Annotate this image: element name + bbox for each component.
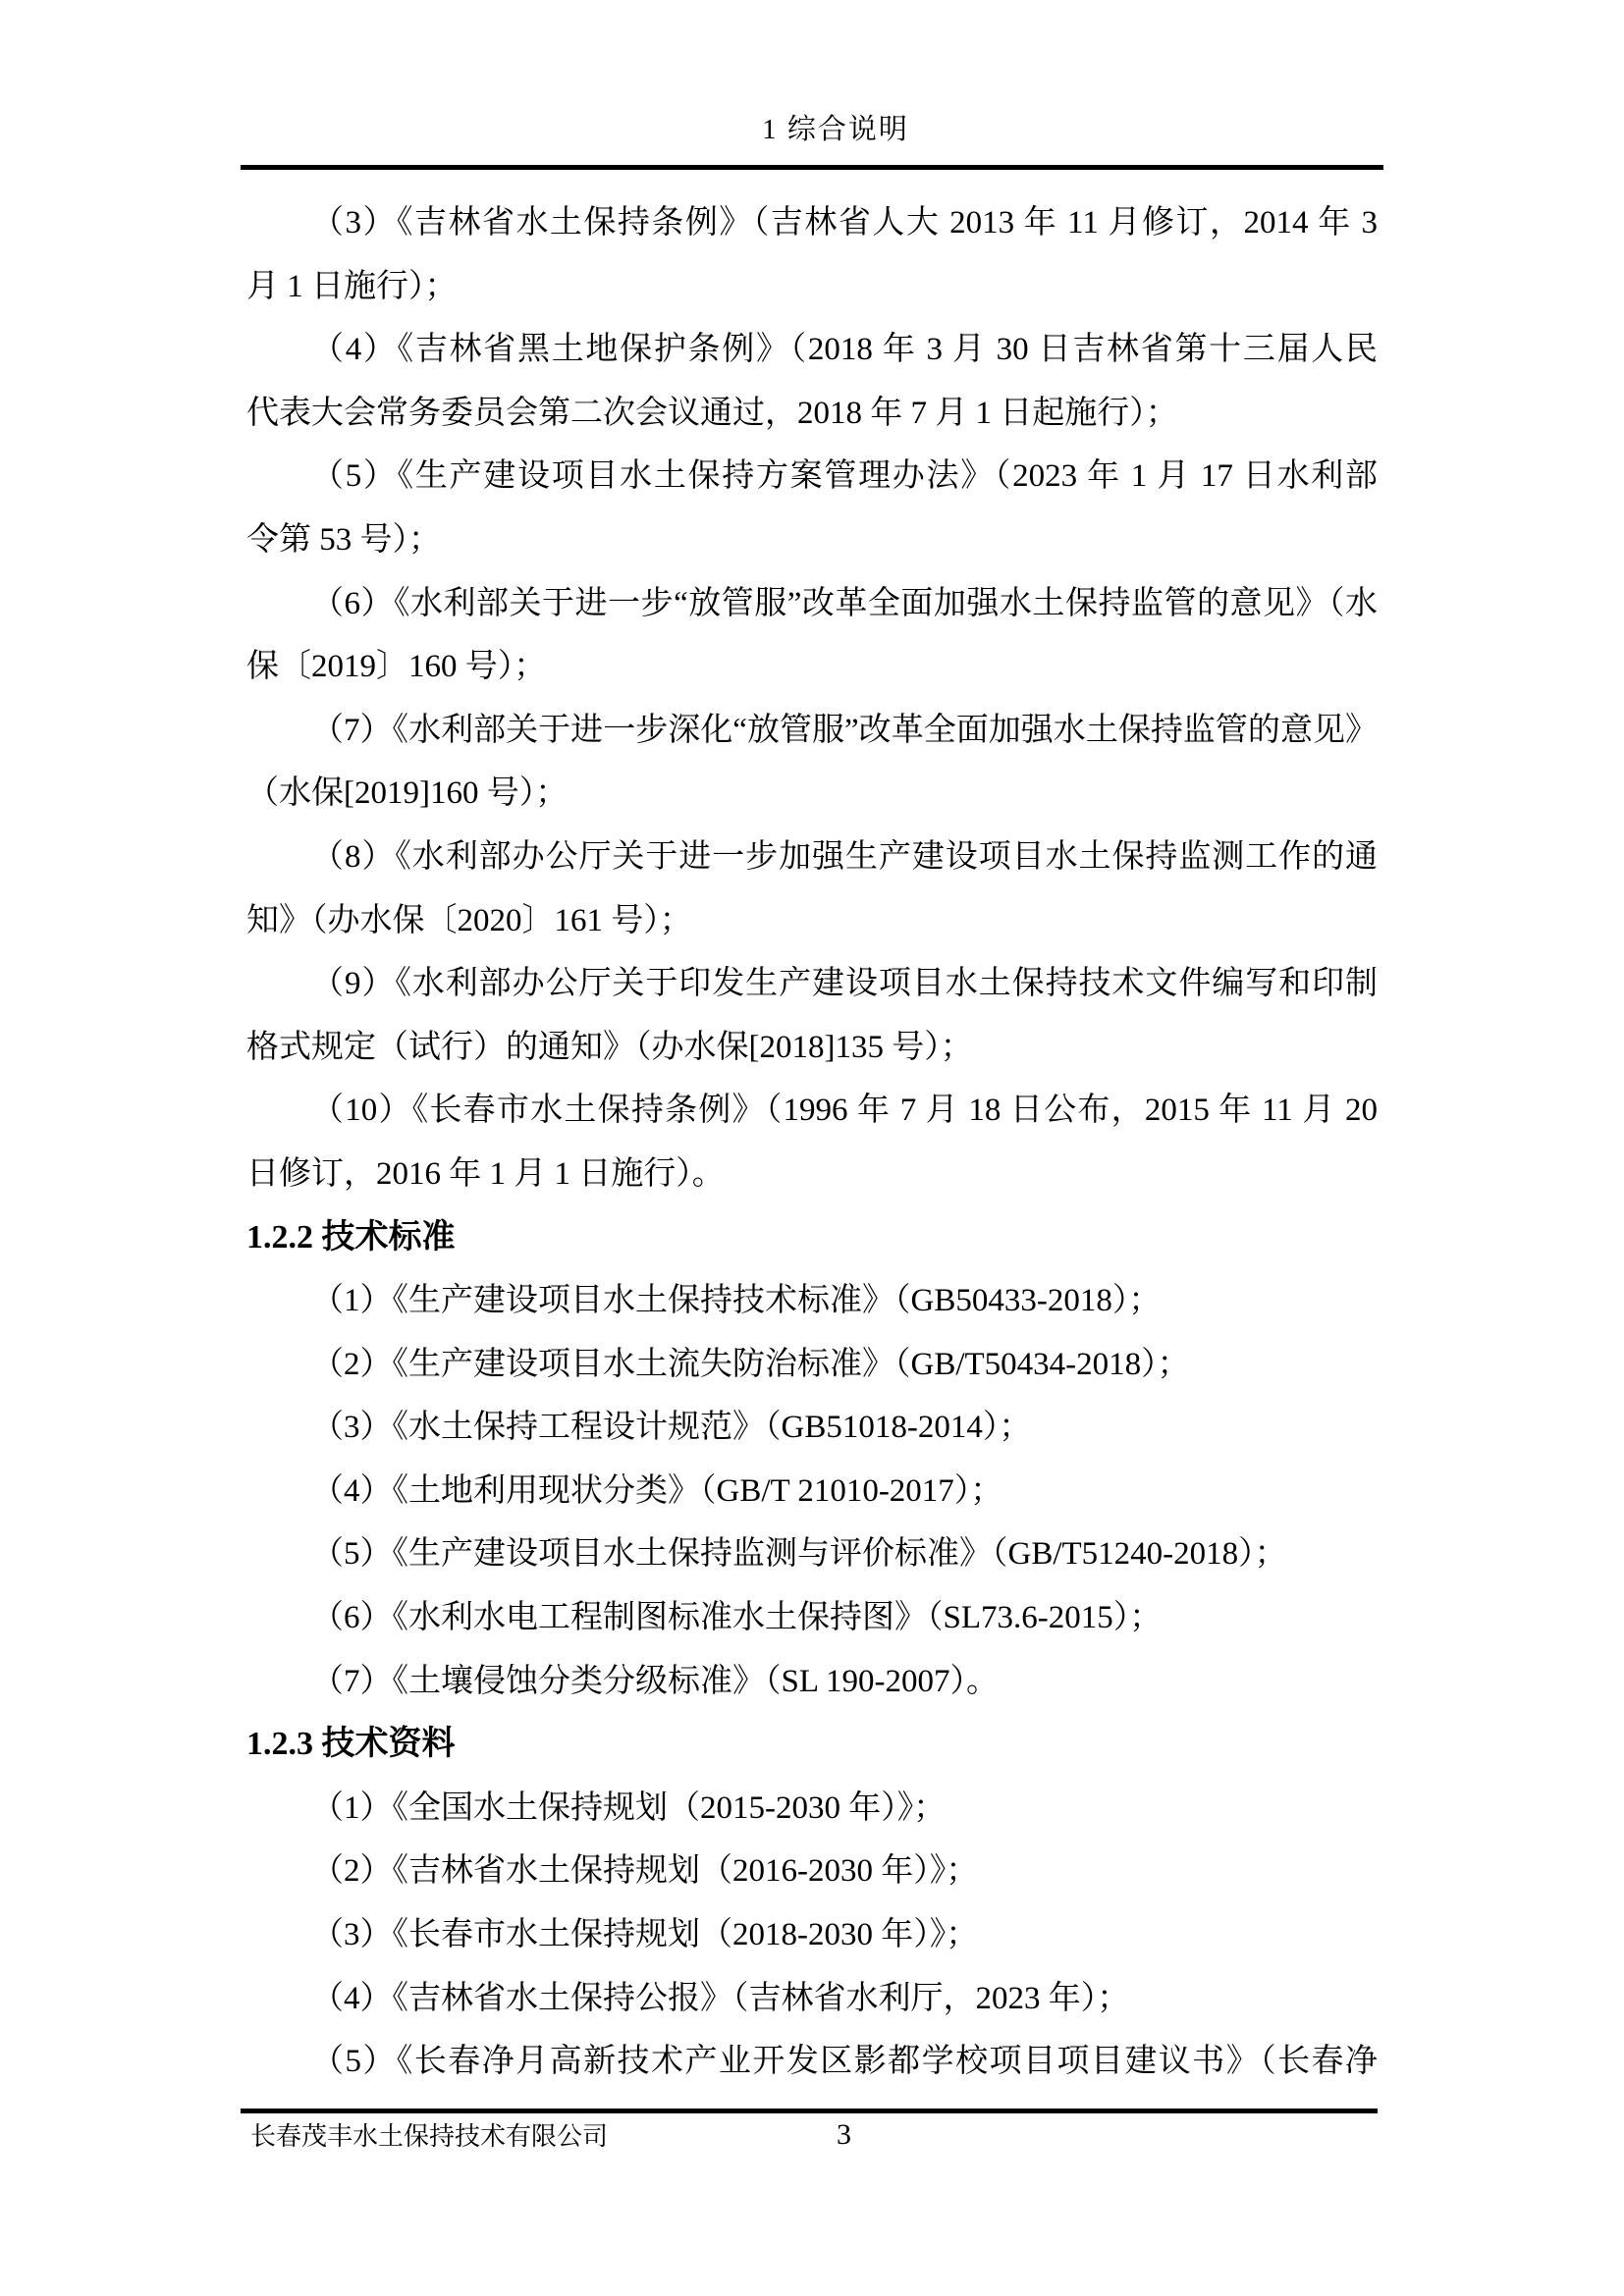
header-rule (241, 165, 1383, 170)
text-line: 知》（办水保〔2020〕161 号）； (246, 889, 1378, 953)
text-line: （8）《水利部办公厅关于进一步加强生产建设项目水土保持监测工作的通 (246, 826, 1378, 889)
text-line: （4）《土地利用现状分类》（GB/T 21010-2017）； (246, 1460, 1378, 1523)
text-line: （5）《长春净月高新技术产业开发区影都学校项目项目建议书》（长春净 (246, 2030, 1378, 2094)
text-line: （10）《长春市水土保持条例》（1996 年 7 月 18 日公布，2015 年… (246, 1079, 1378, 1143)
section-heading: 1.2.3 技术资料 (246, 1713, 1378, 1777)
page-header-title: 1 综合说明 (762, 110, 909, 149)
text-line: （6）《水利部关于进一步“放管服”改革全面加强水土保持监管的意见》（水 (246, 572, 1378, 636)
text-line: （1）《生产建设项目水土保持技术标准》（GB50433-2018）； (246, 1269, 1378, 1333)
text-line: （9）《水利部办公厅关于印发生产建设项目水土保持技术文件编写和印制 (246, 952, 1378, 1016)
text-line: （3）《长春市水土保持规划（2018-2030 年）》； (246, 1903, 1378, 1967)
text-line: （5）《生产建设项目水土保持监测与评价标准》（GB/T51240-2018）； (246, 1522, 1378, 1586)
page-number: 3 (837, 2116, 851, 2154)
text-line: （2）《生产建设项目水土流失防治标准》（GB/T50434-2018）； (246, 1333, 1378, 1397)
text-line: 保〔2019〕160 号）； (246, 635, 1378, 699)
text-line: （4）《吉林省黑土地保护条例》（2018 年 3 月 30 日吉林省第十三届人民 (246, 318, 1378, 382)
footer-rule (241, 2109, 1378, 2113)
footer-company: 长春茂丰水土保持技术有限公司 (250, 2120, 608, 2154)
text-line: 月 1 日施行）； (246, 255, 1378, 319)
document-page: 1 综合说明 （3）《吉林省水土保持条例》（吉林省人大 2013 年 11 月修… (0, 0, 1624, 2296)
text-line: 日修订，2016 年 1 月 1 日施行）。 (246, 1143, 1378, 1206)
text-line: （3）《吉林省水土保持条例》（吉林省人大 2013 年 11 月修订，2014 … (246, 191, 1378, 255)
text-line: （4）《吉林省水土保持公报》（吉林省水利厅，2023 年）； (246, 1967, 1378, 2031)
text-line: （1）《全国水土保持规划（2015-2030 年）》； (246, 1777, 1378, 1841)
text-line: （7）《水利部关于进一步深化“放管服”改革全面加强水土保持监管的意见》 (246, 699, 1378, 763)
text-line: 格式规定（试行）的通知》（办水保[2018]135 号）； (246, 1016, 1378, 1080)
text-line: （水保[2019]160 号）； (246, 762, 1378, 826)
document-body: （3）《吉林省水土保持条例》（吉林省人大 2013 年 11 月修订，2014 … (246, 191, 1378, 2094)
text-line: （2）《吉林省水土保持规划（2016-2030 年）》； (246, 1840, 1378, 1903)
text-line: （7）《土壤侵蚀分类分级标准》（SL 190-2007）。 (246, 1650, 1378, 1714)
text-line: （5）《生产建设项目水土保持方案管理办法》（2023 年 1 月 17 日水利部 (246, 445, 1378, 508)
section-heading: 1.2.2 技术标准 (246, 1206, 1378, 1270)
text-line: （3）《水土保持工程设计规范》（GB51018-2014）； (246, 1396, 1378, 1460)
text-line: 代表大会常务委员会第二次会议通过，2018 年 7 月 1 日起施行）； (246, 382, 1378, 446)
text-line: 令第 53 号）； (246, 508, 1378, 572)
text-line: （6）《水利水电工程制图标准水土保持图》（SL73.6-2015）； (246, 1586, 1378, 1650)
